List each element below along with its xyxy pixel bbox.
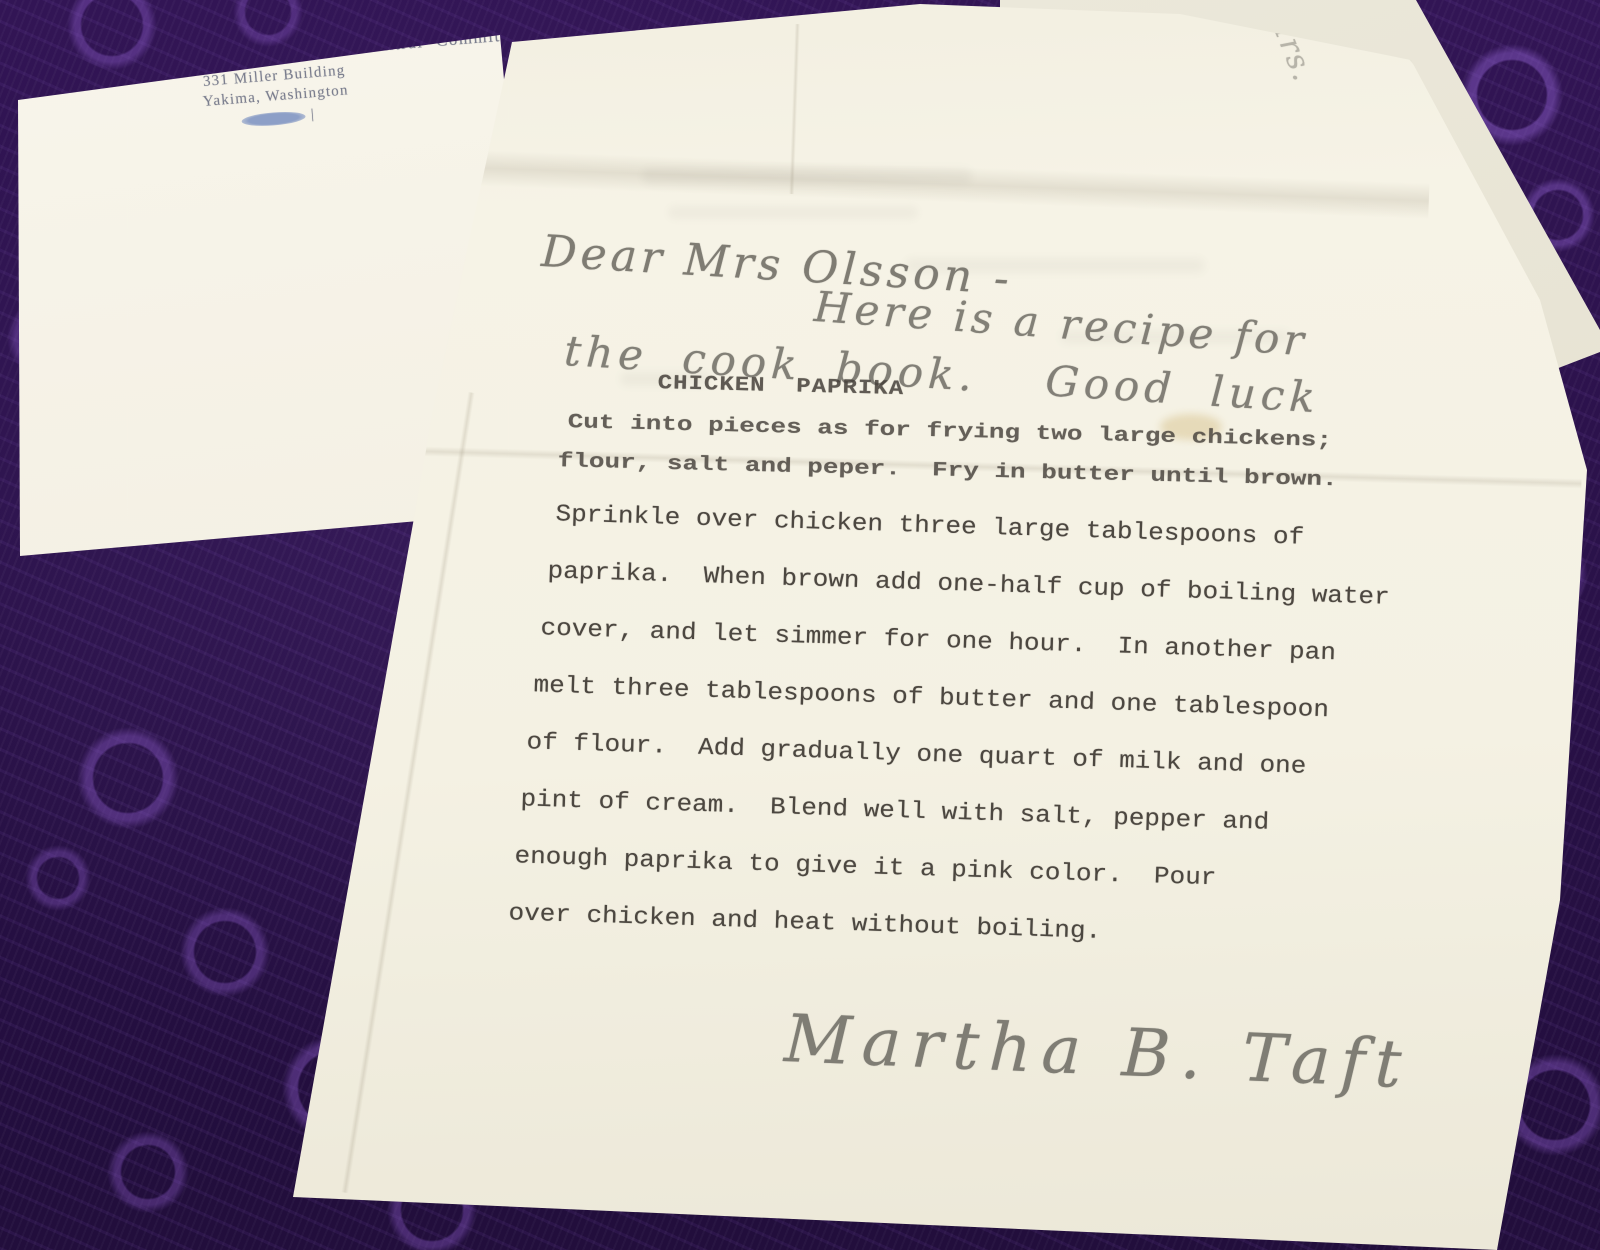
union-bug-icon (241, 109, 306, 127)
typed-line: Cut into pieces as for frying two large … (567, 410, 1332, 452)
typed-line: paprika. When brown add one-half cup of … (547, 557, 1390, 611)
typed-line: melt three tablespoons of butter and one… (533, 671, 1329, 724)
typed-line: pint of cream. Blend well with salt, pep… (520, 785, 1269, 836)
typed-line: over chicken and heat without boiling. (508, 899, 1101, 945)
typed-line: enough paprika to give it a pink color. … (514, 842, 1217, 892)
photo-scene: Yakima CountyREPUBLICANCentral Committee… (0, 0, 1600, 1250)
fold-crease-top (479, 150, 1430, 219)
typed-line: cover, and let simmer for one hour. In a… (540, 614, 1336, 667)
typed-line: of flour. Add gradually one quart of mil… (526, 728, 1307, 780)
typed-line: Sprinkle over chicken three large tables… (555, 500, 1304, 551)
bleedthrough-mark (642, 168, 972, 184)
bleedthrough-mark (668, 206, 918, 219)
recipe-title: CHICKEN PAPRIKA (657, 372, 904, 401)
typed-line: flour, salt and peper. Fry in butter unt… (557, 449, 1337, 491)
letterhead-logo-mark: | (310, 107, 314, 123)
signature: Martha B. Taft (783, 1000, 1413, 1103)
